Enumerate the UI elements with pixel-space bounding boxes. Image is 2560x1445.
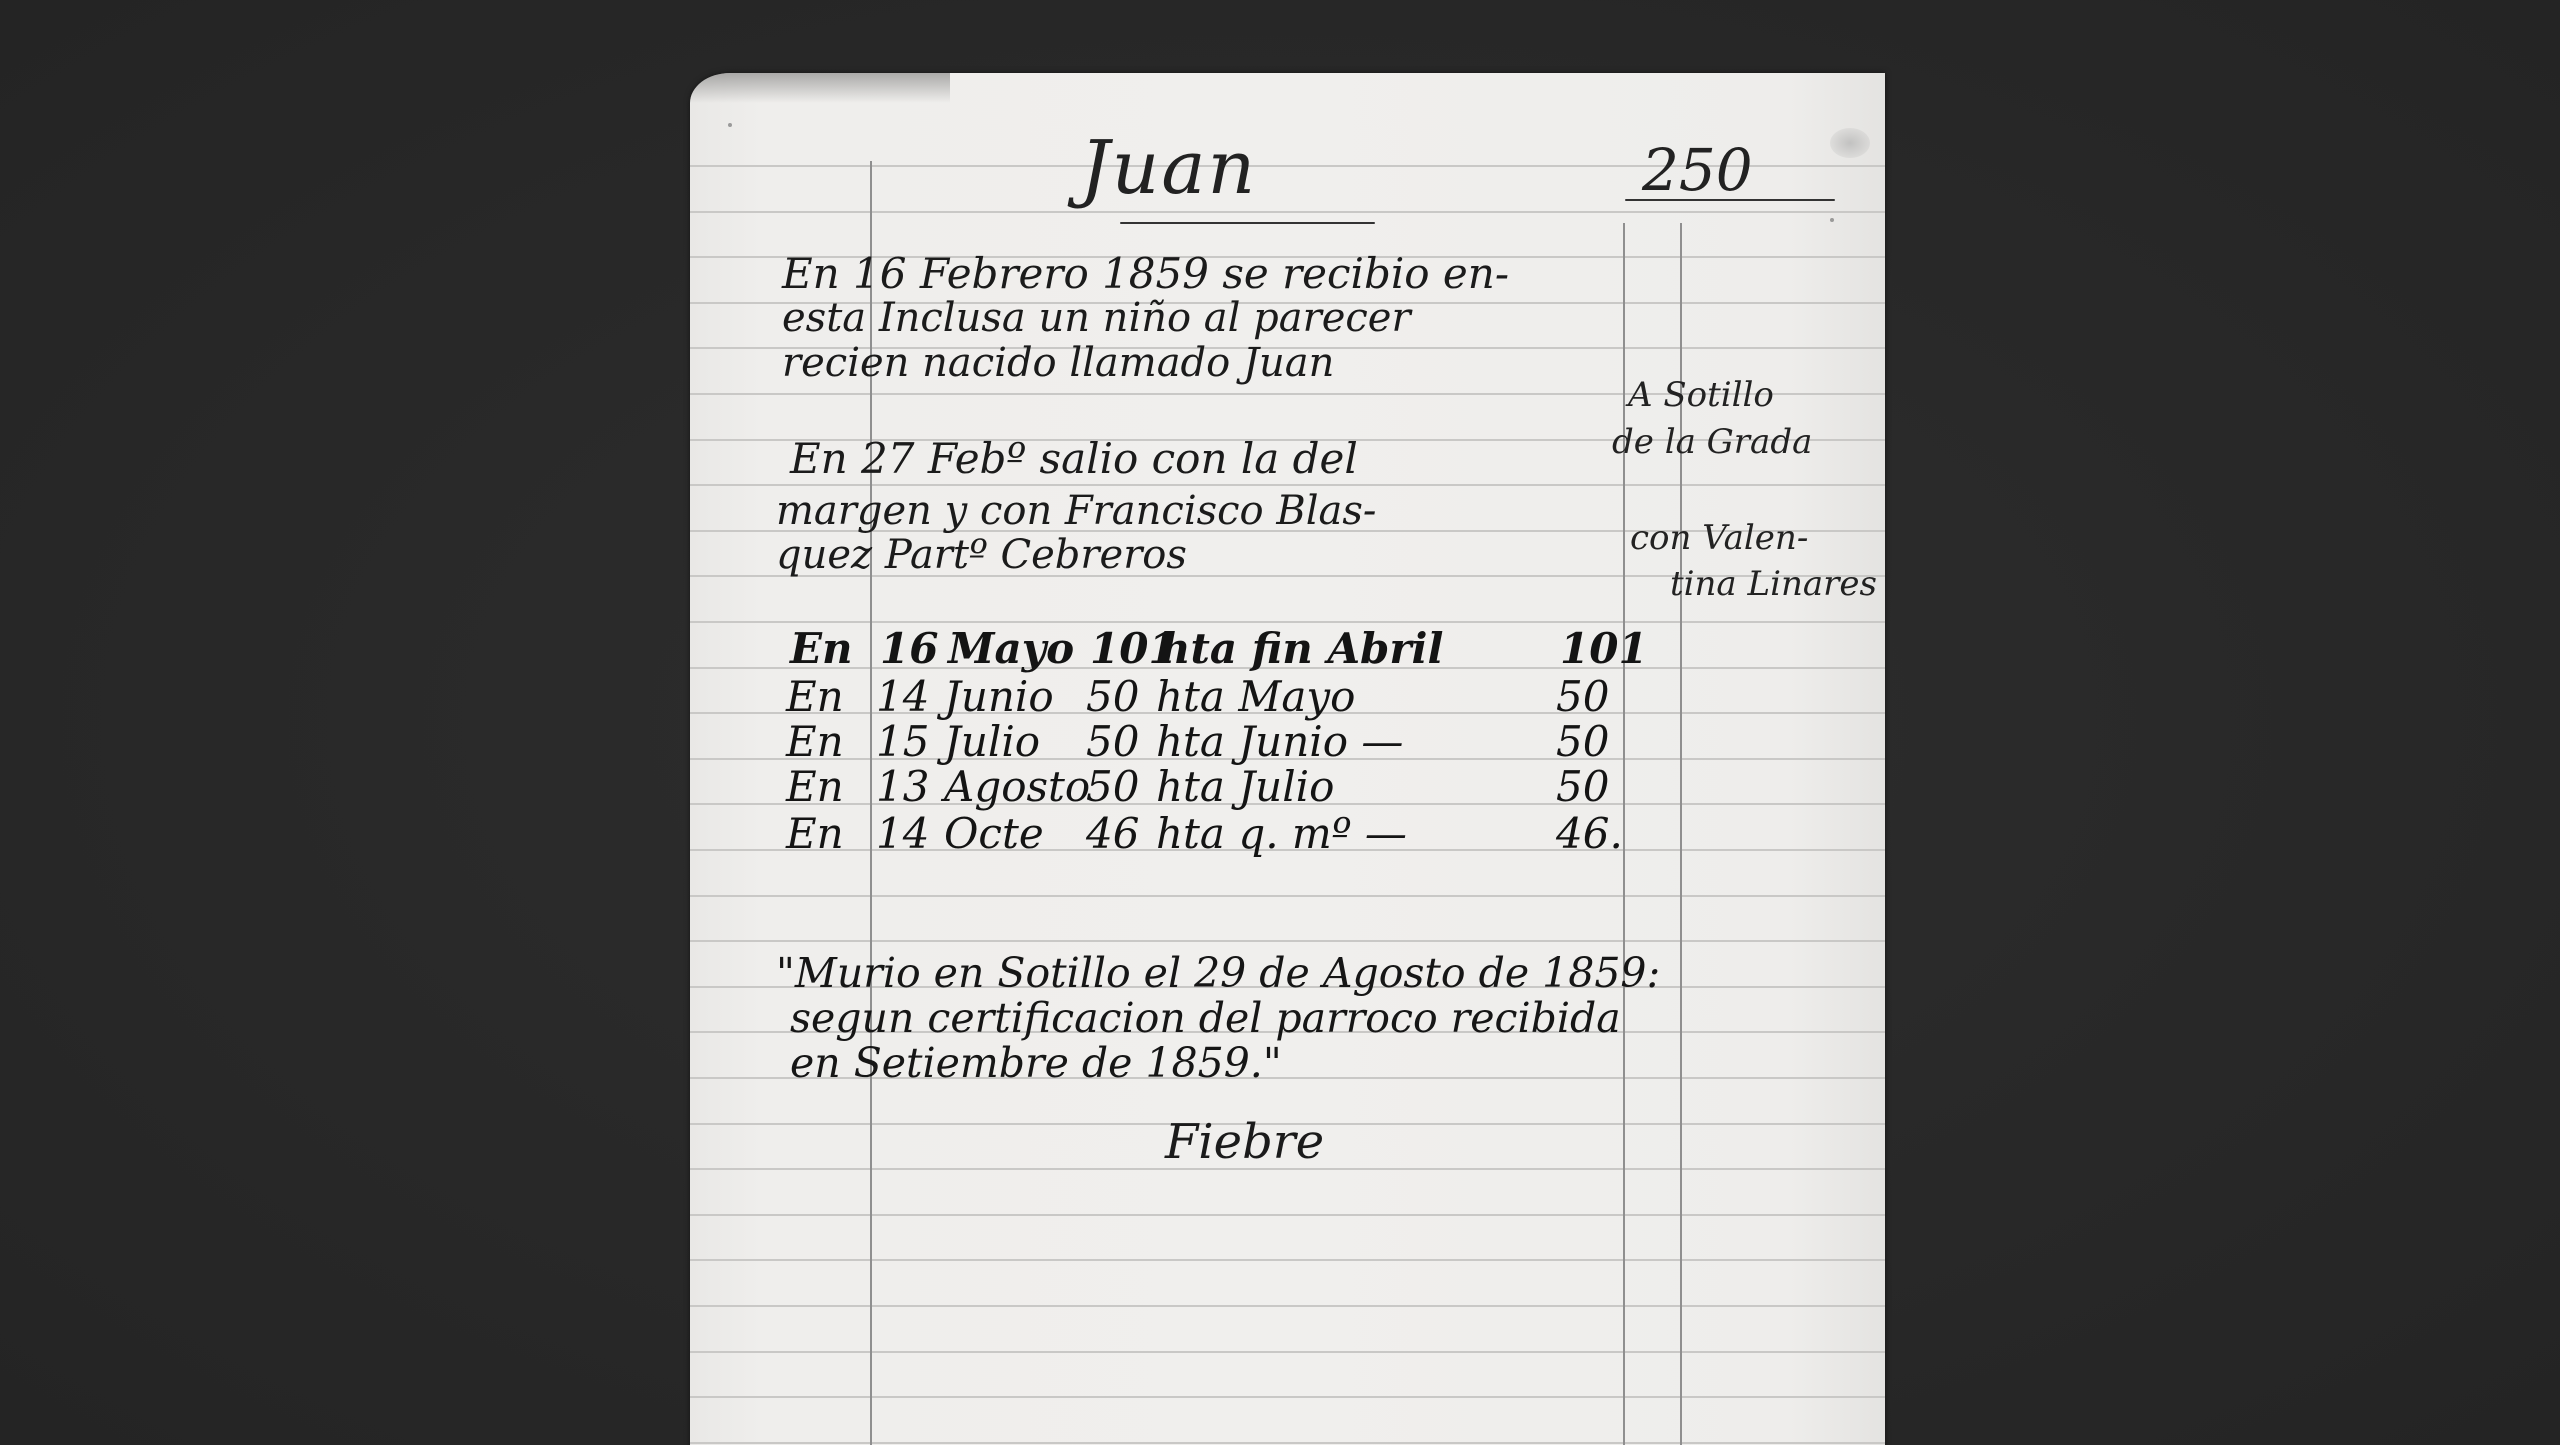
entry-name-title: Juan xyxy=(1080,131,1257,205)
payment-total: 101 xyxy=(1560,628,1648,670)
cause-of-death: Fiebre xyxy=(1165,1118,1324,1166)
payment-day: 16 xyxy=(880,628,938,670)
payment-prefix: En xyxy=(786,813,844,855)
paper-speck xyxy=(1830,218,1834,222)
payment-amount: 46 xyxy=(1086,813,1139,855)
paper-smudge xyxy=(1830,128,1870,158)
number-underline xyxy=(1625,199,1835,201)
payment-total: 50 xyxy=(1556,721,1609,763)
register-number: 250 xyxy=(1642,141,1753,199)
payment-month: Julio xyxy=(944,721,1040,763)
margin-note-line-3: con Valen- xyxy=(1630,521,1808,555)
payment-day: 15 xyxy=(876,721,929,763)
admission-line-2: esta Inclusa un niño al parecer xyxy=(782,298,1411,338)
paper-speck xyxy=(728,123,732,127)
payment-period: hta Junio — xyxy=(1156,721,1403,763)
margin-note-line-4: tina Linares xyxy=(1670,567,1877,601)
page-curl-shadow xyxy=(690,73,950,103)
placement-line-1: En 27 Febº salio con la del xyxy=(790,438,1358,480)
payment-prefix: En xyxy=(786,676,844,718)
payment-prefix: En xyxy=(790,628,853,670)
placement-line-2: margen y con Francisco Blas- xyxy=(776,491,1376,531)
death-note-line-1: "Murio en Sotillo el 29 de Agosto de 185… xyxy=(776,953,1660,994)
payment-day: 13 xyxy=(876,766,929,808)
title-underline xyxy=(1120,222,1375,224)
death-note-line-2: segun certificacion del parroco recibida xyxy=(790,998,1621,1039)
payment-prefix: En xyxy=(786,721,844,763)
right-column-line-1 xyxy=(1623,223,1625,1445)
payment-period: hta q. mº — xyxy=(1156,813,1407,855)
payment-period: hta fin Abril xyxy=(1160,628,1443,670)
payment-total: 50 xyxy=(1556,676,1609,718)
payment-total: 46. xyxy=(1556,813,1623,855)
payment-month: Junio xyxy=(944,676,1054,718)
margin-note-line-1: A Sotillo xyxy=(1628,378,1774,412)
payment-day: 14 xyxy=(876,813,929,855)
payment-month: Octe xyxy=(944,813,1044,855)
payment-month: Agosto xyxy=(944,766,1090,808)
payment-day: 14 xyxy=(876,676,929,718)
margin-note-line-2: de la Grada xyxy=(1612,425,1812,459)
register-page: Juan 250 En 16 Febrero 1859 se recibio e… xyxy=(690,73,1885,1445)
payment-amount: 50 xyxy=(1086,676,1139,718)
payment-amount: 50 xyxy=(1086,721,1139,763)
death-note-line-3: en Setiembre de 1859." xyxy=(790,1043,1282,1084)
placement-line-3: quez Partº Cebreros xyxy=(776,535,1187,575)
admission-line-3: recien nacido llamado Juan xyxy=(782,343,1334,383)
payment-amount: 50 xyxy=(1086,766,1139,808)
payment-prefix: En xyxy=(786,766,844,808)
payment-period: hta Mayo xyxy=(1156,676,1355,718)
payment-total: 50 xyxy=(1556,766,1609,808)
payment-period: hta Julio xyxy=(1156,766,1334,808)
admission-line-1: En 16 Febrero 1859 se recibio en- xyxy=(782,253,1509,295)
payment-month: Mayo xyxy=(948,628,1074,670)
